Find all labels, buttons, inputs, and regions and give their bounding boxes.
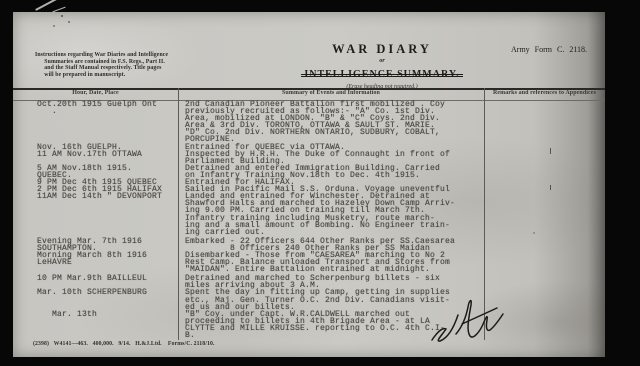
struck-heading: INTELLIGENCE SUMMARY. [304,69,459,80]
scanned-page-frame: Instructions regarding War Diaries and I… [0,0,640,366]
entry-summary: Disembarked - Those from "CAESAREA" marc… [178,252,484,273]
diary-entry-row: Mar. 13th "B" Coy. under Capt. W.R.CALDW… [13,311,605,339]
entry-remarks [484,101,605,144]
diary-entry-row: Evening Mar. 7th 1916 SOUTHAMPTON. Embar… [13,238,605,252]
handwritten-signature [425,293,510,349]
army-form-number: Army Form C. 2118. [511,45,587,54]
diary-entries: Oct.20th 1915 Guelph Ont . 2nd Canadian … [13,101,605,339]
instructions-note: Instructions regarding War Diaries and I… [35,52,235,78]
entry-date: 11AM Dec 14th " DEVONPORT [13,193,178,236]
entry-remarks [484,275,605,289]
entry-summary: Inspected by H.R.H. The Duke of Connaugh… [178,151,484,165]
entry-date: Oct.20th 1915 Guelph Ont . [13,101,178,144]
entry-date: 5 AM Nov.18th 1915. QUEBEC. [13,165,178,179]
entry-remarks [484,252,605,273]
entry-summary: Landed and entrained for Winchester. Det… [178,193,484,236]
column-header-hour-date-place: Hour, Date, Place [13,90,178,96]
entry-remarks [484,165,605,179]
form-title-block: WAR DIARY or INTELLIGENCE SUMMARY. (Eras… [280,42,484,90]
diary-entry-row: 5 AM Nov.18th 1915. QUEBEC. Detrained an… [13,165,605,179]
entry-date: Mar. 10th SCHERPENBURG [13,289,178,310]
entry-summary: 2nd Canadian Pioneer Battalion first mob… [178,101,484,144]
entry-remarks [484,238,605,252]
table-header-row: Hour, Date, Place Summary of Events and … [13,90,605,96]
entry-date: Evening Mar. 7th 1916 SOUTHAMPTON. [13,238,178,252]
entry-date: Mar. 13th [13,311,178,339]
entry-remarks [484,186,605,193]
column-header-summary: Summary of Events and Information [178,90,484,96]
entry-date: 10 PM Mar.9th BAILLEUL [13,275,178,289]
entry-summary: Detrained and entered Immigration Buildi… [178,165,484,179]
column-header-remarks: Remarks and references to Appendices [484,90,605,96]
diary-entry-row: Mar. 10th SCHERPENBURG Spent the day in … [13,289,605,310]
entry-remarks [484,193,605,236]
diary-entry-row: 10 PM Mar.9th BAILLEUL Detrained and mar… [13,275,605,289]
entry-remarks [484,151,605,165]
diary-entry-row: 11AM Dec 14th " DEVONPORT Landed and ent… [13,193,605,236]
diary-entry-row: 11 AM Nov.17th OTTAWA Inspected by H.R.H… [13,151,605,165]
scan-speckles [13,12,15,14]
scan-artifact [550,185,551,190]
entry-summary: Embarked - 22 Officers 644 Other Ranks p… [178,238,484,252]
entry-date: Morning March 8th 1916 LeHAVRE [13,252,178,273]
printer-imprint: (2398) W4141—463. 400,000. 9/14. H.&J.Lt… [33,341,215,347]
entry-date: 11 AM Nov.17th OTTAWA [13,151,178,165]
war-diary-page: Instructions regarding War Diaries and I… [13,12,605,357]
diary-entry-row: Oct.20th 1915 Guelph Ont . 2nd Canadian … [13,101,605,144]
page-title: WAR DIARY [280,42,484,57]
scan-artifact [550,148,551,154]
entry-remarks [484,144,605,151]
diary-entry-row: Morning March 8th 1916 LeHAVRE Disembark… [13,252,605,273]
entry-remarks [484,179,605,186]
entry-summary: Detrained and marched to Scherpenburg bi… [178,275,484,289]
